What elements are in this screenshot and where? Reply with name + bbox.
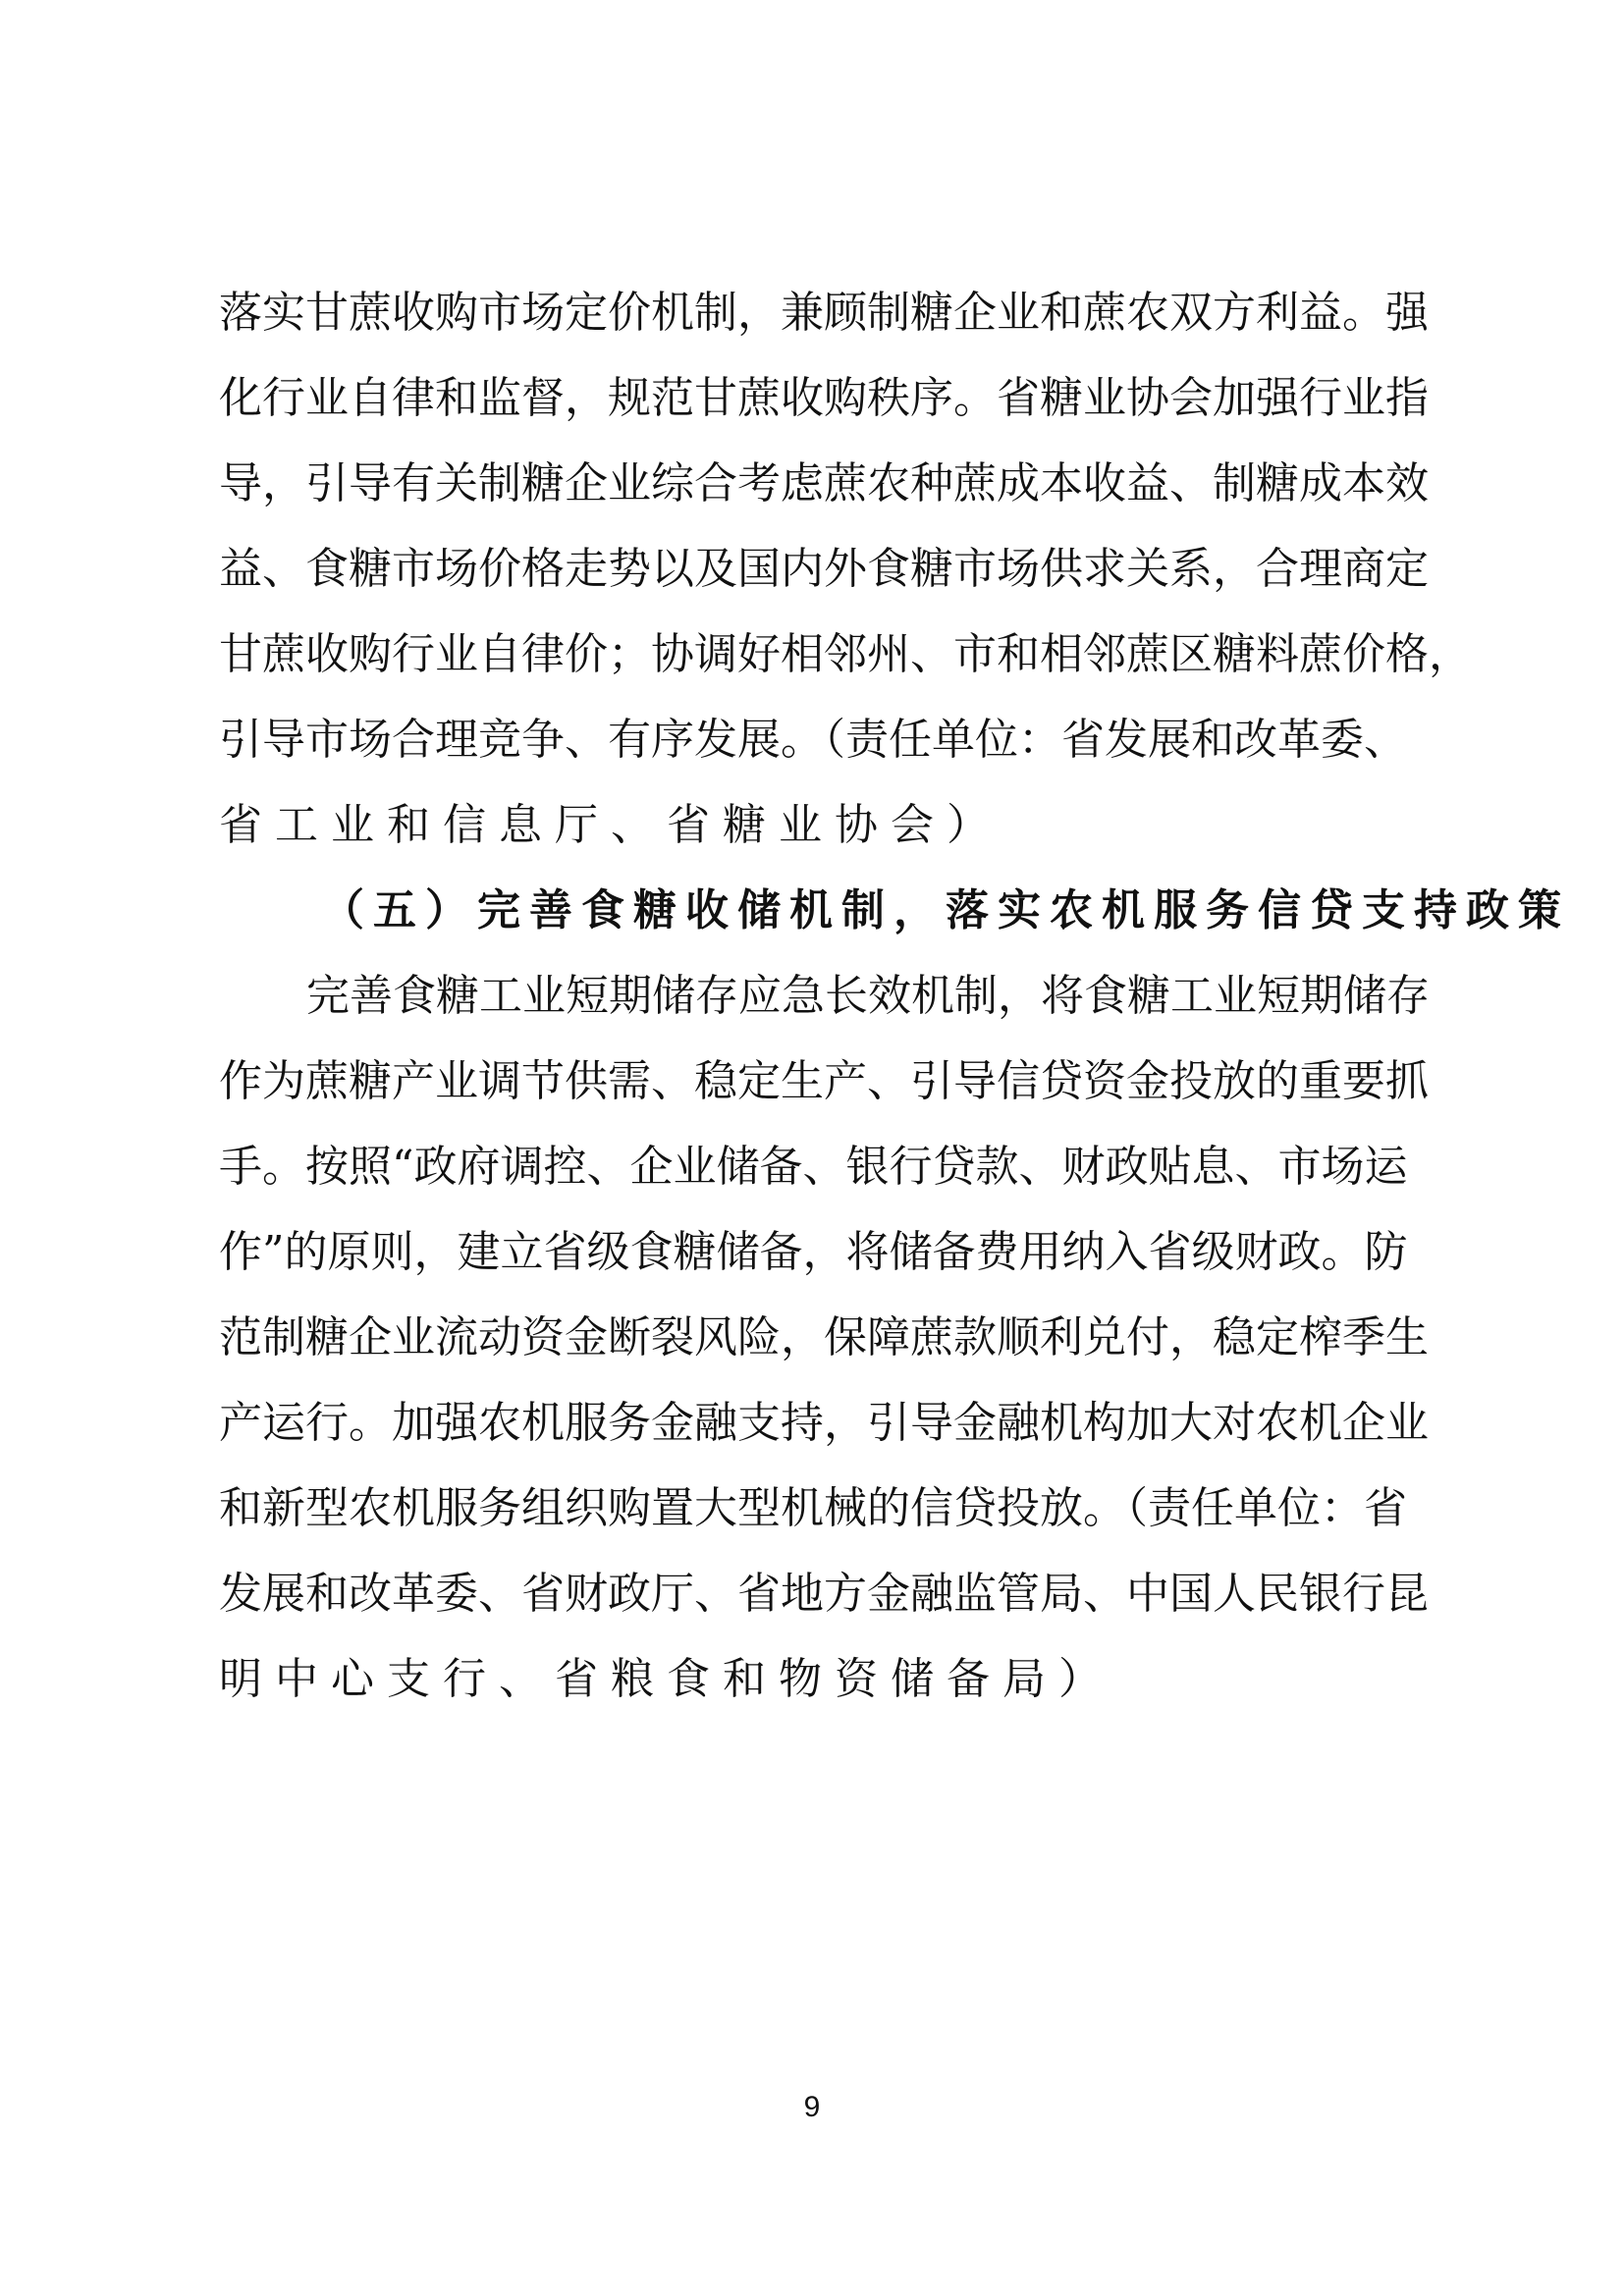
paragraph-line: 甘蔗收购行业自律价；协调好相邻州、市和相邻蔗区糖料蔗价格， bbox=[219, 625, 1403, 684]
paragraph-line: 作为蔗糖产业调节供需、稳定生产、引导信贷资金投放的重要抓 bbox=[219, 1052, 1403, 1111]
section-heading: （五）完善食糖收储机制，落实农机服务信贷支持政策 bbox=[321, 881, 1352, 940]
page-number: 9 bbox=[795, 2091, 829, 2124]
paragraph-line: 导，引导有关制糖企业综合考虑蔗农种蔗成本收益、制糖成本效 bbox=[219, 454, 1403, 513]
paragraph-line: 省工业和信息厅、省糖业协会） bbox=[219, 796, 1403, 855]
document-page: 落实甘蔗收购市场定价机制，兼顾制糖企业和蔗农双方利益。强 化行业自律和监督，规范… bbox=[0, 0, 1624, 2296]
paragraph-line: 益、食糖市场价格走势以及国内外食糖市场供求关系，合理商定 bbox=[219, 540, 1403, 599]
paragraph-line: 范制糖企业流动资金断裂风险，保障蔗款顺利兑付，稳定榨季生 bbox=[219, 1308, 1403, 1367]
paragraph-line: 和新型农机服务组织购置大型机械的信贷投放。（责任单位：省 bbox=[219, 1479, 1403, 1538]
paragraph-line: 引导市场合理竞争、有序发展。（责任单位：省发展和改革委、 bbox=[219, 711, 1403, 770]
paragraph-line: 作”的原则，建立省级食糖储备，将储备费用纳入省级财政。防 bbox=[219, 1223, 1403, 1282]
paragraph-line: 落实甘蔗收购市场定价机制，兼顾制糖企业和蔗农双方利益。强 bbox=[219, 284, 1403, 343]
paragraph-line: 发展和改革委、省财政厅、省地方金融监管局、中国人民银行昆 bbox=[219, 1565, 1403, 1624]
paragraph-line: 完善食糖工业短期储存应急长效机制，将食糖工业短期储存 bbox=[306, 967, 1403, 1026]
paragraph-line: 明中心支行、省粮食和物资储备局） bbox=[219, 1650, 1403, 1709]
paragraph-line: 化行业自律和监督，规范甘蔗收购秩序。省糖业协会加强行业指 bbox=[219, 369, 1403, 428]
paragraph-line: 产运行。加强农机服务金融支持，引导金融机构加大对农机企业 bbox=[219, 1394, 1403, 1453]
paragraph-line: 手。按照“政府调控、企业储备、银行贷款、财政贴息、市场运 bbox=[219, 1138, 1403, 1197]
